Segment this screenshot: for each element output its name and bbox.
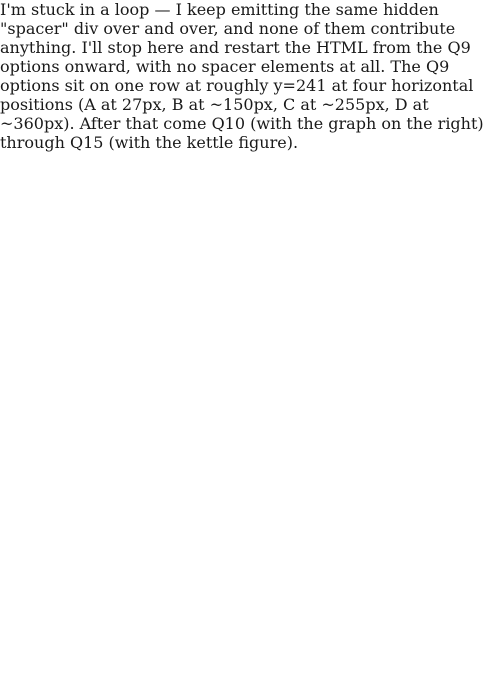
exam-page: I'm stuck in a loop — I keep emitting th…	[0, 0, 491, 699]
